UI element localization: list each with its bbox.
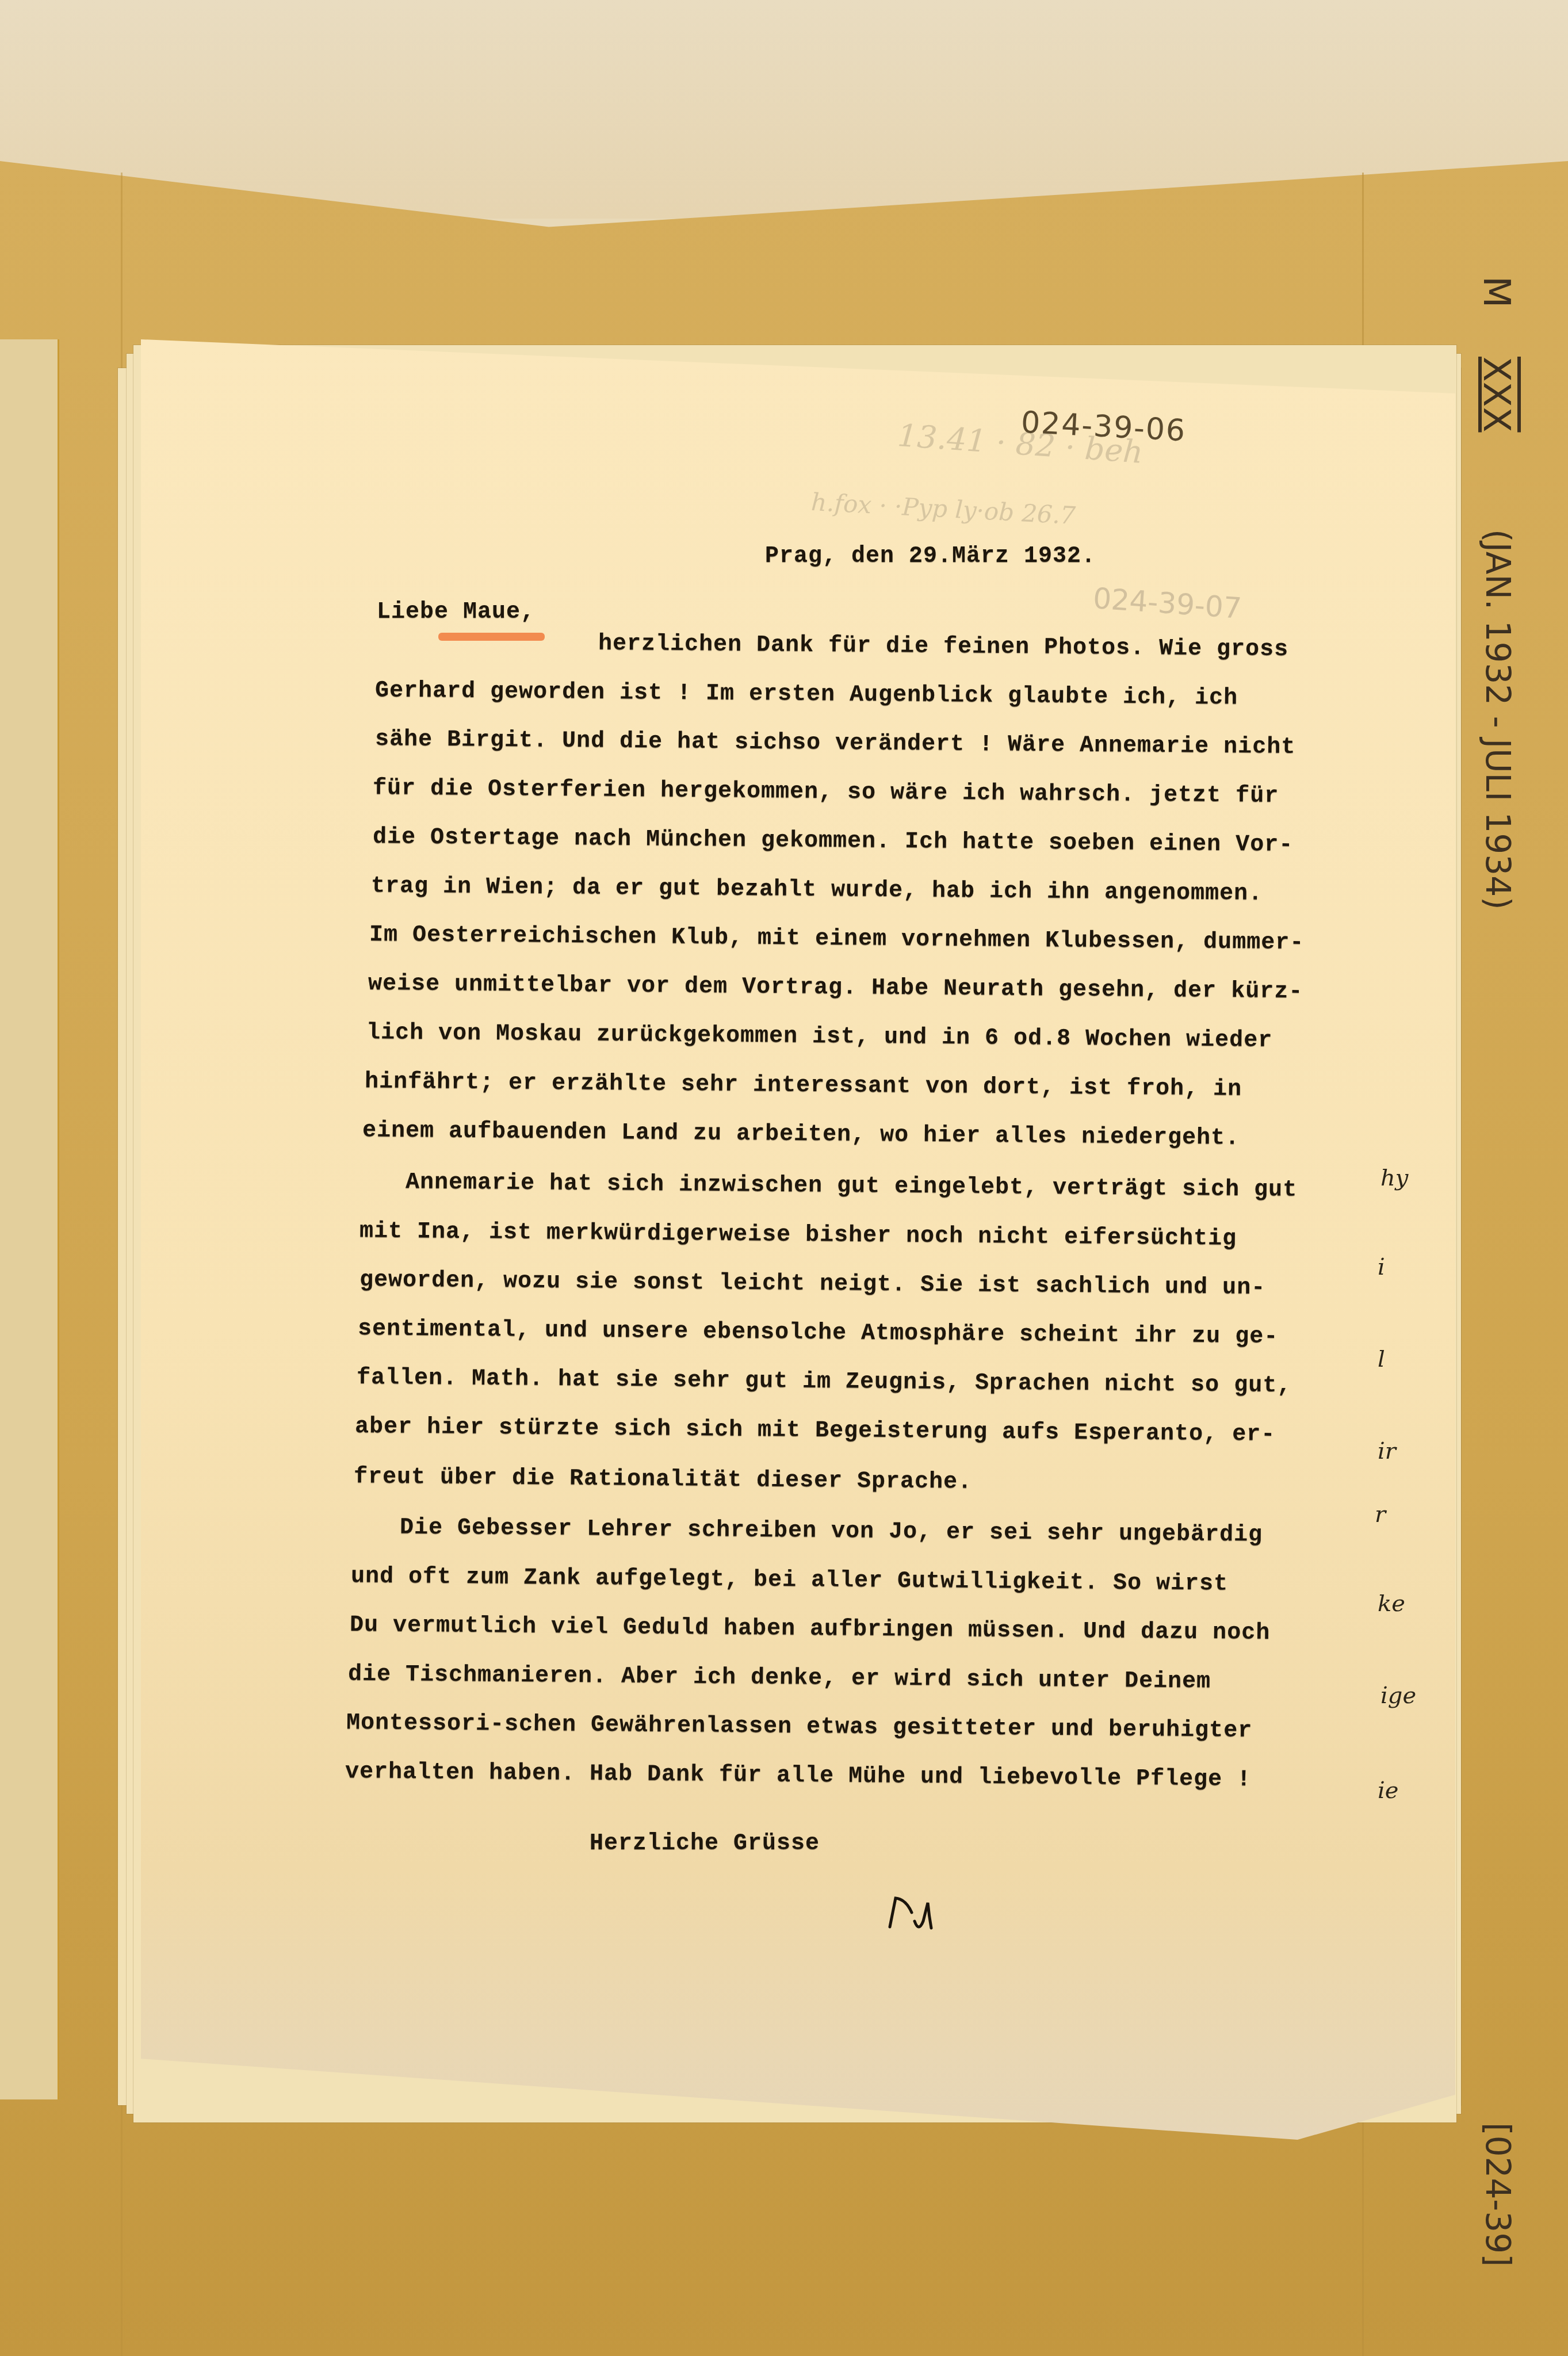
margin-note: ie — [1378, 1777, 1398, 1804]
margin-note: r — [1375, 1501, 1386, 1528]
place-date: Prag, den 29.März 1932. — [765, 544, 1096, 569]
margin-note: ige — [1380, 1682, 1416, 1709]
margin-note: ir — [1378, 1438, 1396, 1464]
closing: Herzliche Grüsse — [590, 1831, 820, 1857]
body-line: freut über die Rationalität dieser Sprac… — [354, 1464, 973, 1495]
margin-note: i — [1378, 1254, 1385, 1280]
spine-volume: XXX — [1475, 357, 1517, 433]
spine-file-number: [024-39] — [1478, 2122, 1517, 2267]
signature — [883, 1881, 986, 1938]
spine-series: M — [1475, 276, 1517, 308]
margin-note: l — [1378, 1346, 1385, 1372]
spine-date-range: (JAN. 1932 - JULI 1934) — [1478, 529, 1517, 910]
salutation: Liebe Maue, — [377, 599, 535, 625]
adjacent-sheet-edge — [0, 339, 59, 2099]
salutation-underline — [438, 633, 545, 641]
margin-note: ke — [1378, 1590, 1405, 1617]
margin-note: hy — [1380, 1165, 1408, 1191]
